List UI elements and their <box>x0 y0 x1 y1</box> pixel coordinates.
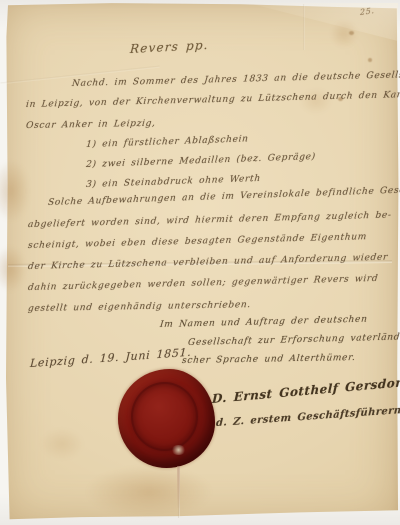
paper-stain <box>86 466 212 518</box>
paper-stain <box>40 428 84 460</box>
scanned-letter-page: { "document": { "page_number": "25.", "t… <box>0 0 400 525</box>
paper-stain <box>330 20 358 48</box>
foxing-spot <box>349 31 354 35</box>
wax-seal-drip <box>177 466 180 508</box>
foxing-spot <box>368 58 372 62</box>
red-wax-seal <box>118 369 215 468</box>
